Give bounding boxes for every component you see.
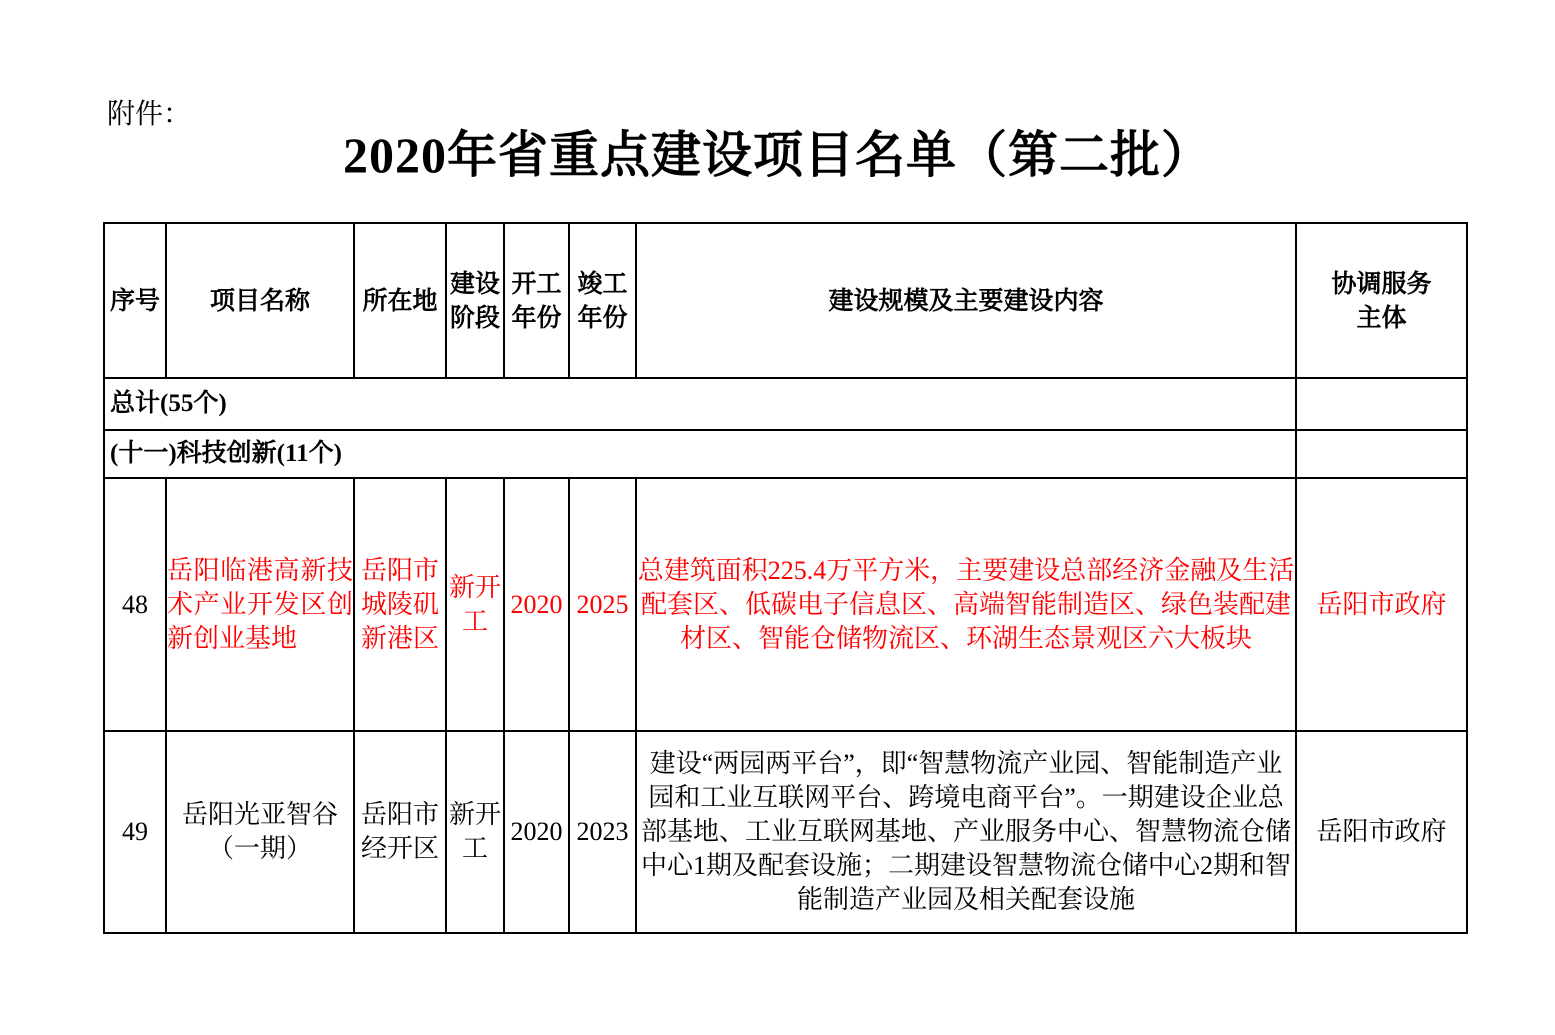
table-header-row: 序号 项目名称 所在地 建设 阶段 开工 年份 竣工 年份 建设规模及主要建设内… [104,223,1467,378]
summary-empty-cell [1296,378,1467,430]
cell-index: 48 [104,478,166,731]
section-empty-cell [1296,430,1467,478]
column-header-index: 序号 [104,223,166,378]
section-label: (十一)科技创新(11个) [104,430,1296,478]
summary-row: 总计(55个) [104,378,1467,430]
cell-start-year: 2020 [504,731,569,933]
table-row-49: 49 岳阳光亚智谷 （一期） 岳阳市 经开区 新开 工 2020 2023 建设… [104,731,1467,933]
section-row: (十一)科技创新(11个) [104,430,1467,478]
projects-table: 序号 项目名称 所在地 建设 阶段 开工 年份 竣工 年份 建设规模及主要建设内… [103,222,1468,934]
table-row-48: 48 岳阳临港高新技术产业开发区创新创业基地 岳阳市 城陵矶 新港区 新开 工 … [104,478,1467,731]
cell-phase: 新开 工 [446,731,504,933]
column-header-project-name: 项目名称 [166,223,354,378]
cell-content: 总建筑面积225.4万平方米，主要建设总部经济金融及生活配套区、低碳电子信息区、… [636,478,1296,731]
cell-index: 49 [104,731,166,933]
cell-end-year: 2023 [569,731,636,933]
column-header-content: 建设规模及主要建设内容 [636,223,1296,378]
column-header-start-year: 开工 年份 [504,223,569,378]
cell-start-year: 2020 [504,478,569,731]
summary-label: 总计(55个) [104,378,1296,430]
cell-project-name: 岳阳光亚智谷 （一期） [166,731,354,933]
cell-content: 建设“两园两平台”，即“智慧物流产业园、智能制造产业园和工业互联网平台、跨境电商… [636,731,1296,933]
cell-coordinator: 岳阳市政府 [1296,478,1467,731]
cell-location: 岳阳市 经开区 [354,731,446,933]
cell-end-year: 2025 [569,478,636,731]
page-title: 2020年省重点建设项目名单（第二批） [0,124,1555,186]
column-header-end-year: 竣工 年份 [569,223,636,378]
cell-project-name: 岳阳临港高新技术产业开发区创新创业基地 [166,478,354,731]
column-header-phase: 建设 阶段 [446,223,504,378]
cell-phase: 新开 工 [446,478,504,731]
cell-coordinator: 岳阳市政府 [1296,731,1467,933]
column-header-coordinator: 协调服务 主体 [1296,223,1467,378]
column-header-location: 所在地 [354,223,446,378]
cell-location: 岳阳市 城陵矶 新港区 [354,478,446,731]
